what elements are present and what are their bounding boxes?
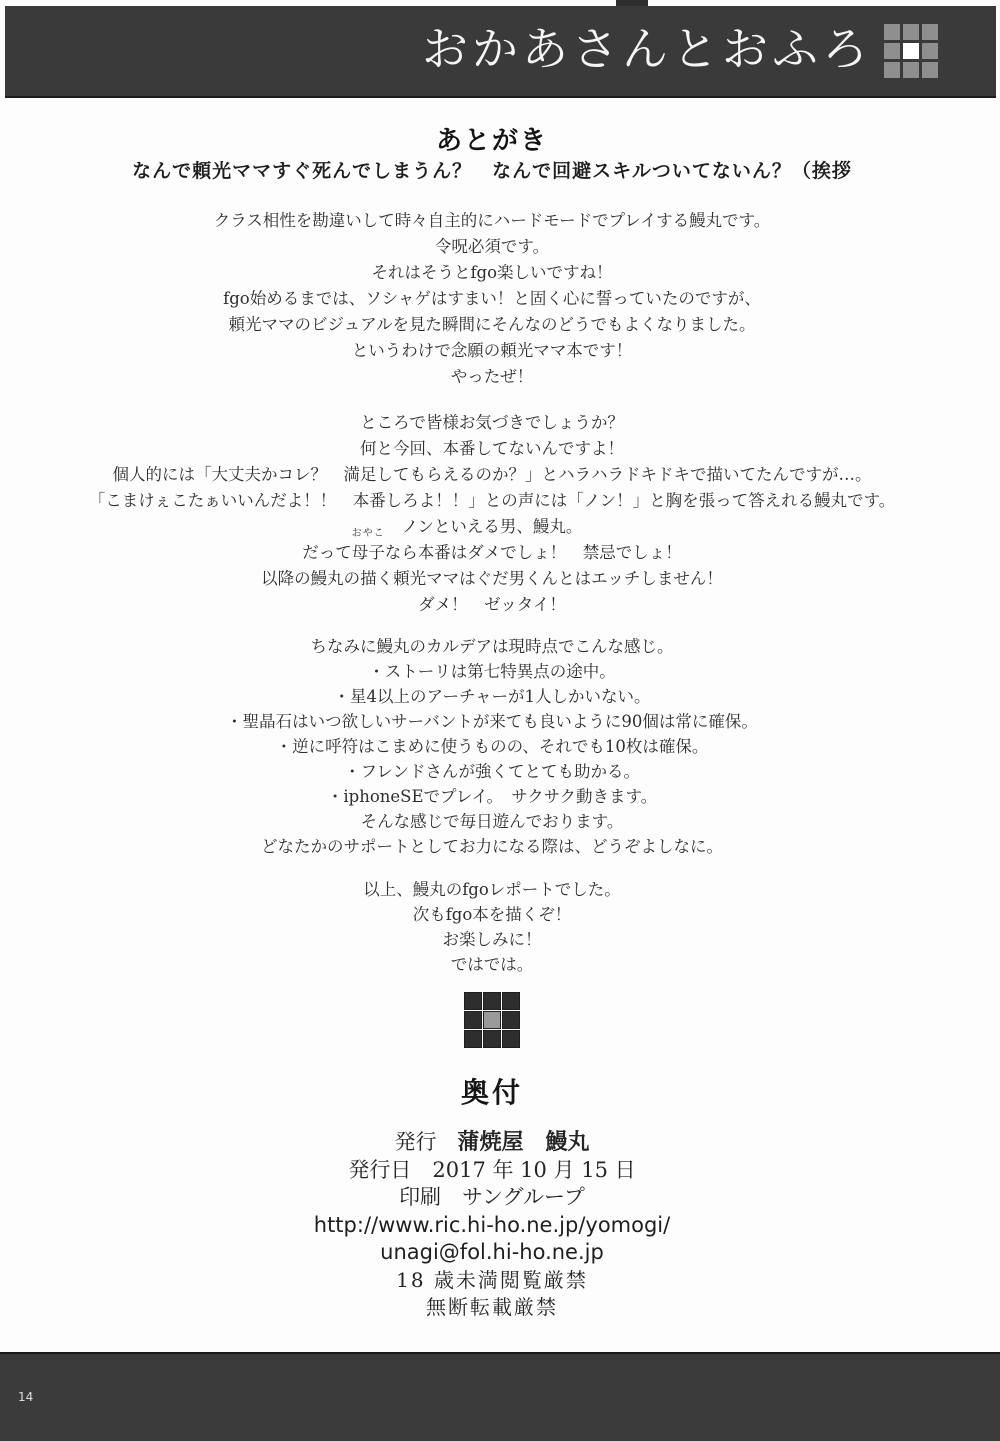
text-line: クラス相性を勘違いして時々自主的にハードモードでプレイする鰻丸です。 [0,208,984,234]
text-line: 以上、鰻丸のfgoレポートでした。 [0,877,984,902]
scanned-document-page: おかあさんとおふろ あとがき なんで頼光ママすぐ死んでしまうん？ なんで回避スキ… [0,0,1000,1441]
page-number: 14 [18,1390,33,1404]
text-line: 「こまけぇこたぁいいんだよ！！ 本番しろよ！！」との声には「ノン！」と胸を張って… [0,488,984,514]
page-footer-band: 14 [0,1352,1000,1441]
contact-email: unagi@fol.hi-ho.ne.jp [0,1239,984,1267]
text-line: 何と今回、本番してないんですよ！ [0,436,984,462]
no-reproduction-notice: 無断転載厳禁 [0,1294,984,1322]
greeting-line: なんで頼光ママすぐ死んでしまうん？ なんで回避スキルついてないん？（挨拶 [0,158,984,184]
text-line: というわけで念願の頼光ママ本です！ [0,338,984,364]
text-line: ・星4以上のアーチャーが1人しかいない。 [0,684,984,709]
text-line: それはそうとfgo楽しいですね！ [0,260,984,286]
afterword-content: あとがき なんで頼光ママすぐ死んでしまうん？ なんで回避スキルついてないん？（挨… [0,98,984,1322]
text-line: どなたかのサポートとしてお力になる際は、どうぞよしなに。 [0,834,984,859]
printer-line: 印刷 サングループ [0,1184,984,1212]
text-line: お楽しみに！ [0,927,984,952]
book-title: おかあさんとおふろ [422,26,872,72]
text-line-with-ruby: だっておやこ母子なら本番はダメでしょ！ 禁忌でしょ！ [0,540,984,566]
furigana: おやこ [352,529,385,539]
paragraph-honban: ところで皆様お気づきでしょうか？ 何と今回、本番してないんですよ！ 個人的には「… [0,410,984,618]
text-line: ・聖晶石はいつ欲しいサーバントが来ても良いように90個は常に確保。 [0,709,984,734]
text-line: ・逆に呼符はこまめに使うものの、それでも10枚は確保。 [0,734,984,759]
text-line: ところで皆様お気づきでしょうか？ [0,410,984,436]
circle-logo-grid-icon [884,24,938,78]
circle-logo-grid-icon [465,993,519,1047]
text-line: 以降の鰻丸の描く頼光ママはぐだ男くんとはエッチしません！ [0,566,984,592]
text-line: ・ストーリは第七特異点の途中。 [0,659,984,684]
text-line: fgo始めるまでは、ソシャゲはすまい！と固く心に誓っていたのですが、 [0,286,984,312]
text-line: ・フレンドさんが強くてとても助かる。 [0,759,984,784]
website-url: http://www.ric.hi-ho.ne.jp/yomogi/ [0,1212,984,1240]
colophon-heading: 奥付 [0,1075,984,1111]
text-line: ・iphoneSEでプレイ。 サクサク動きます。 [0,784,984,809]
text-line: やったぜ！ [0,364,984,390]
paragraph-intro: クラス相性を勘違いして時々自主的にハードモードでプレイする鰻丸です。 令呪必須で… [0,208,984,390]
age-restriction-notice: 18 歳未満閲覧厳禁 [0,1267,984,1295]
ruby-base: おやこ母子 [352,540,385,566]
text-line: 次もfgo本を描くぞ！ [0,902,984,927]
circle-logo-block [0,993,984,1047]
text-line: 個人的には「大丈夫かコレ？ 満足してもらえるのか？」とハラハラドキドキで描いてた… [0,462,984,488]
text-line: ダメ！ ゼッタイ！ [0,592,984,618]
text-line: ノンといえる男、鰻丸。 [0,514,984,540]
paragraph-closing: 以上、鰻丸のfgoレポートでした。 次もfgo本を描くぞ！ お楽しみに！ ではで… [0,877,984,977]
afterword-heading: あとがき [0,124,984,158]
paragraph-chaldea-report: ちなみに鰻丸のカルデアは現時点でこんな感じ。 ・ストーリは第七特異点の途中。 ・… [0,634,984,859]
text-line: ではでは。 [0,952,984,977]
text-line: 令呪必須です。 [0,234,984,260]
publisher-name: 蒲焼屋 鰻丸 [457,1129,589,1155]
text-line: ちなみに鰻丸のカルデアは現時点でこんな感じ。 [0,634,984,659]
text-line: 頼光ママのビジュアルを見た瞬間にそんなのどうでもよくなりました。 [0,312,984,338]
text-line: そんな感じで毎日遊んでおります。 [0,809,984,834]
page-header-band: おかあさんとおふろ [5,6,996,98]
publish-date-line: 発行日 2017 年 10 月 15 日 [0,1157,984,1185]
publisher-line: 発行 蒲焼屋 鰻丸 [0,1129,984,1157]
colophon-block: 発行 蒲焼屋 鰻丸 発行日 2017 年 10 月 15 日 印刷 サングループ… [0,1129,984,1322]
